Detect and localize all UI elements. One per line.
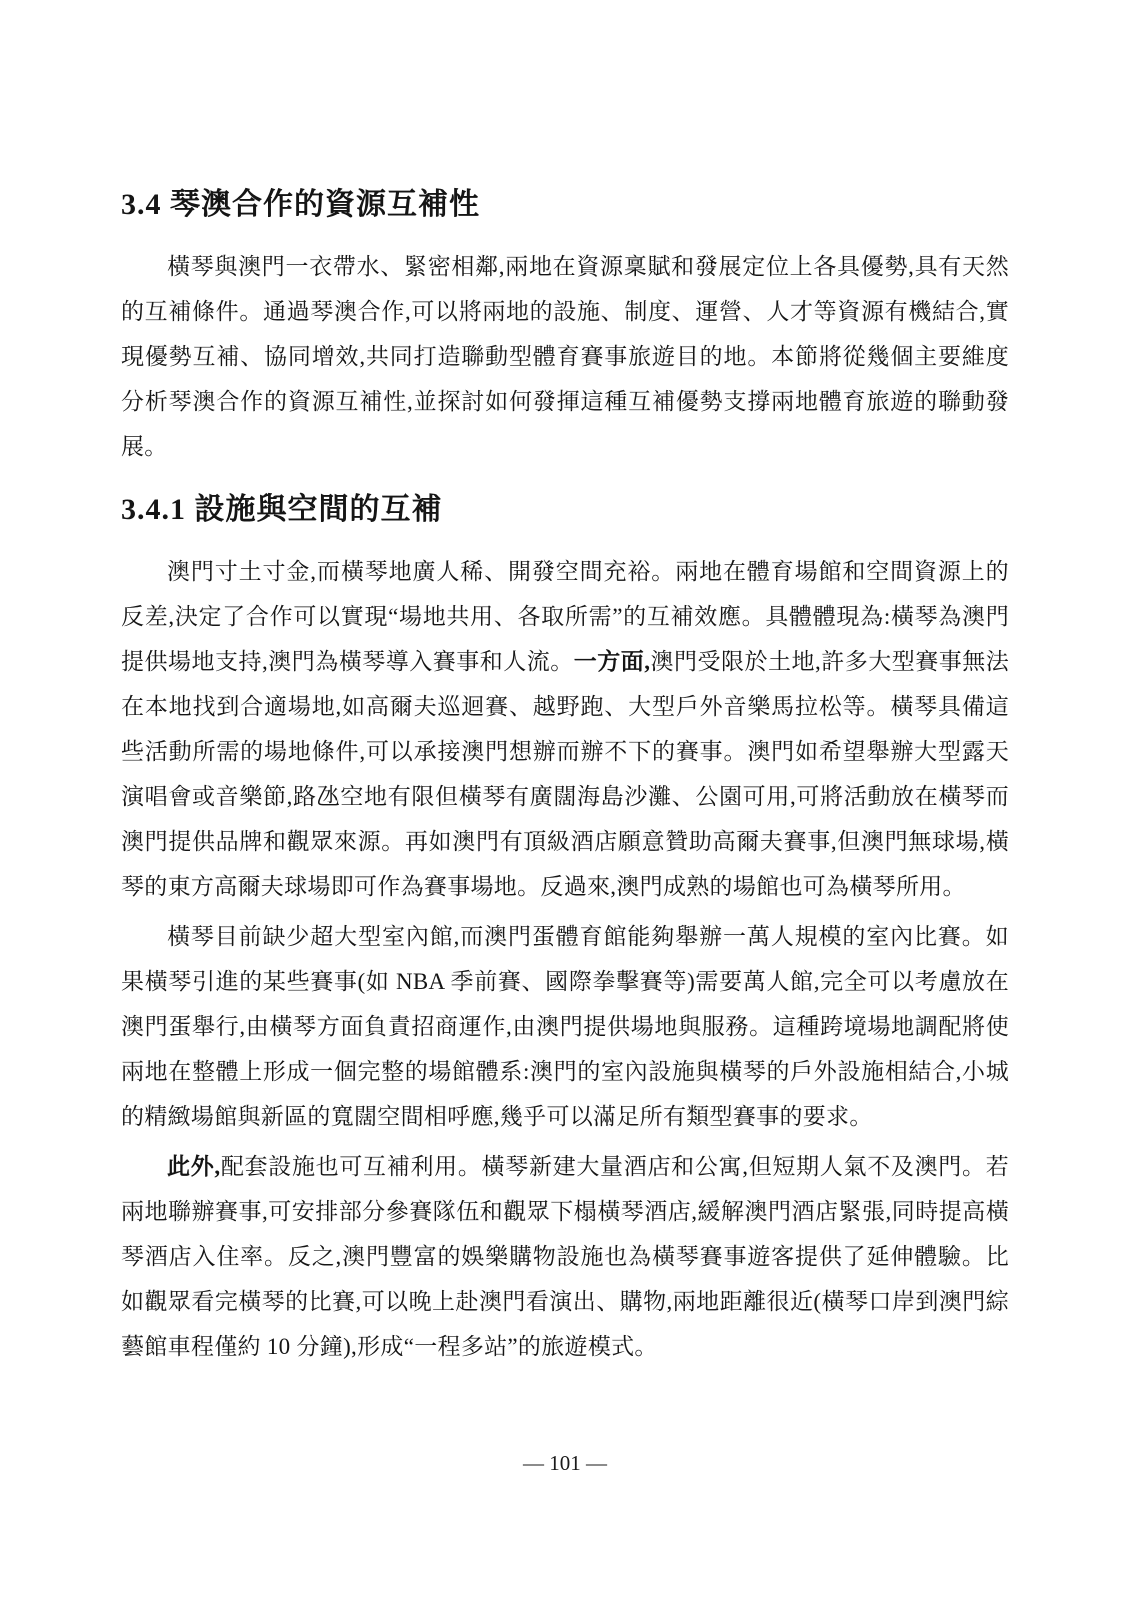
page-number: — 101 — [0,1448,1130,1478]
facilities-paragraph-bold-marker: 一方面, [574,649,651,674]
supporting-facilities-paragraph: 此外,配套設施也可互補利用。橫琴新建大量酒店和公寓,但短期人氣不及澳門。若兩地聯… [121,1144,1009,1369]
section-heading: 3.4 琴澳合作的資源互補性 [121,186,1009,224]
facilities-paragraph: 澳門寸土寸金,而橫琴地廣人稀、開發空間充裕。兩地在體育場館和空間資源上的反差,決… [121,549,1009,909]
intro-paragraph-text: 橫琴與澳門一衣帶水、緊密相鄰,兩地在資源稟賦和發展定位上各具優勢,具有天然的互補… [121,254,1009,459]
indoor-venue-paragraph-text: 橫琴目前缺少超大型室內館,而澳門蛋體育館能夠舉辦一萬人規模的室內比賽。如果橫琴引… [121,924,1009,1129]
facilities-paragraph-rest: 澳門受限於土地,許多大型賽事無法在本地找到合適場地,如高爾夫巡迴賽、越野跑、大型… [121,649,1009,899]
indoor-venue-paragraph: 橫琴目前缺少超大型室內館,而澳門蛋體育館能夠舉辦一萬人規模的室內比賽。如果橫琴引… [121,914,1009,1139]
supporting-facilities-rest: 配套設施也可互補利用。橫琴新建大量酒店和公寓,但短期人氣不及澳門。若兩地聯辦賽事… [121,1154,1009,1359]
subsection-heading: 3.4.1 設施與空間的互補 [121,491,1009,529]
supporting-facilities-bold-marker: 此外, [167,1154,220,1179]
intro-paragraph: 橫琴與澳門一衣帶水、緊密相鄰,兩地在資源稟賦和發展定位上各具優勢,具有天然的互補… [121,244,1009,469]
document-page: 3.4 琴澳合作的資源互補性 橫琴與澳門一衣帶水、緊密相鄰,兩地在資源稟賦和發展… [0,0,1130,1600]
